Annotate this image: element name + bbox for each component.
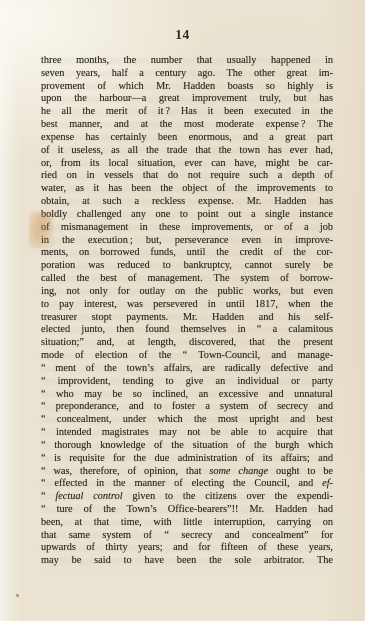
text-line: obtain, at such a reckless expense. Mr. …: [41, 196, 333, 209]
text-line: elected junto, then found themselves in …: [41, 324, 333, 337]
text-line: “ preponderance, and to foster a system …: [41, 401, 333, 414]
page-scan: 14 three months, the number that usually…: [0, 0, 365, 621]
text-line: situation;” and, at length, discovered, …: [41, 337, 333, 350]
paper-speck: [16, 594, 19, 597]
text-line: “ intended magistrates may not be able t…: [41, 427, 333, 440]
text-line: expense has certainly been enormous, and…: [41, 132, 333, 145]
text-line: “ was, therefore, of opinion, that some …: [41, 466, 333, 479]
text-line: seven years, half a century ago. The oth…: [41, 68, 333, 81]
text-line: in the execution ; but, perseverance eve…: [41, 235, 333, 248]
text-line: “ is requisite for the due administratio…: [41, 453, 333, 466]
text-line: provement of which Mr. Hadden boasts so …: [41, 81, 333, 94]
text-line: “ concealment, under which the most upri…: [41, 414, 333, 427]
text-line: “ effected in the manner of electing the…: [41, 478, 333, 491]
text-line: “ ment of the town’s affairs, are radica…: [41, 363, 333, 376]
text-line: called the best of management. The syste…: [41, 273, 333, 286]
text-line: or, from its local situation, ever can h…: [41, 158, 333, 171]
text-line: may be said to have been the sole arbitr…: [41, 555, 333, 568]
text-line: “ who may be so inclined, an excessive a…: [41, 389, 333, 402]
text-line: ried on in vessels that do not require s…: [41, 170, 333, 183]
text-line: upon the harbour—a great improvement tru…: [41, 93, 333, 106]
text-line: “ ture of the Town’s Office-bearers”!! M…: [41, 504, 333, 517]
text-line: ments, on borrowed funds, until the cred…: [41, 247, 333, 260]
text-line: poration was reduced to bankruptcy, cann…: [41, 260, 333, 273]
text-line: upwards of thirty years; and for fifteen…: [41, 542, 333, 555]
page-number: 14: [0, 27, 365, 43]
text-line: mode of election of the “ Town-Council, …: [41, 350, 333, 363]
text-line: “ fectual control given to the citizens …: [41, 491, 333, 504]
text-line: boldly challenged any one to point out a…: [41, 209, 333, 222]
text-block: three months, the number that usually ha…: [41, 55, 333, 568]
text-line: three months, the number that usually ha…: [41, 55, 333, 68]
text-line: of it useless, as all the trade that the…: [41, 145, 333, 158]
text-line: treasurer stopt payments. Mr. Hadden and…: [41, 312, 333, 325]
text-line: been, at that time, with little interrup…: [41, 517, 333, 530]
text-line: water, as it has been the object of the …: [41, 183, 333, 196]
text-line: of mismanagement in these improvements, …: [41, 222, 333, 235]
text-line: he all the merit of it ? Has it been exe…: [41, 106, 333, 119]
text-line: that same system of “ secrecy and concea…: [41, 530, 333, 543]
text-line: “ improvident, tending to give an indivi…: [41, 376, 333, 389]
text-line: “ thorough knowledge of the situation of…: [41, 440, 333, 453]
text-line: ing, not only for outlay on the public w…: [41, 286, 333, 299]
text-line: best manner, and at the most moderate ex…: [41, 119, 333, 132]
text-line: to pay interest, was persevered in until…: [41, 299, 333, 312]
